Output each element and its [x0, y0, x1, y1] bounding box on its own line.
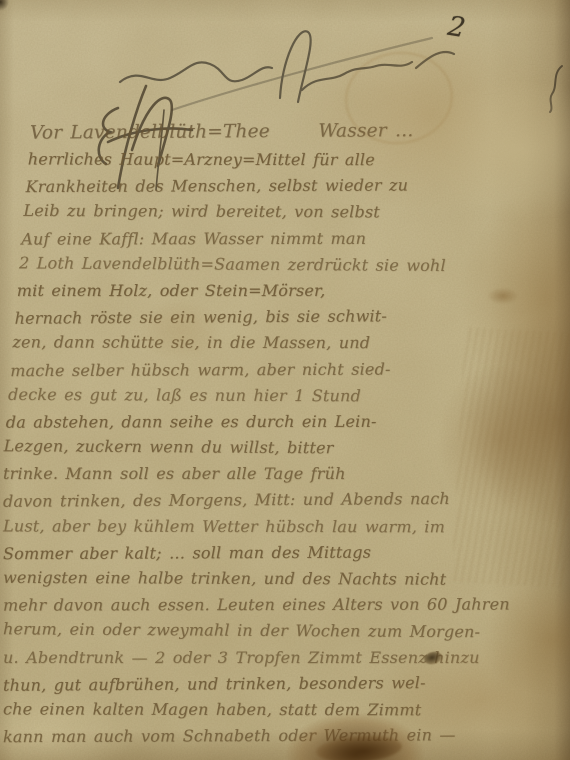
manuscript-line: mache selber hübsch warm, aber nicht sie…	[0, 358, 570, 387]
manuscript-text-block: Vor Lavendelblüth=Thee Wasser …herrliche…	[0, 121, 570, 752]
manuscript-line: hernach röste sie ein wenig, bis sie sch…	[0, 305, 570, 335]
manuscript-line: davon trinken, des Morgens, Mitt: und Ab…	[0, 489, 570, 519]
small-smudge	[488, 288, 518, 304]
right-edge-ink-mark	[544, 62, 568, 114]
manuscript-line: wenigsten eine halbe trinken, und des Na…	[0, 568, 570, 597]
manuscript-line: mehr davon auch essen. Leuten eines Alte…	[0, 595, 570, 622]
manuscript-line: Sommer aber kalt; … soll man des Mittags	[0, 542, 570, 571]
manuscript-line: mit einem Holz, oder Stein=Mörser,	[0, 281, 570, 307]
manuscript-line: u. Abendtrunk — 2 oder 3 Tropfen Zimmt E…	[0, 648, 570, 674]
manuscript-line: Leib zu bringen; wird bereitet, von selb…	[0, 201, 570, 230]
manuscript-heading-line: Vor Lavendelblüth=Thee Wasser …	[0, 119, 570, 152]
manuscript-line: zen, dann schütte sie, in die Massen, un…	[0, 333, 570, 360]
manuscript-line: da abstehen, dann seihe es durch ein Lei…	[0, 411, 570, 438]
manuscript-line: Krankheiten des Menschen, selbst wieder …	[0, 175, 570, 204]
manuscript-line: trinke. Mann soll es aber alle Tage früh	[0, 464, 570, 490]
manuscript-line: kann man auch vom Schnabeth oder Wermuth…	[0, 725, 570, 754]
manuscript-line: Lust, aber bey kühlem Wetter hübsch lau …	[0, 516, 570, 543]
manuscript-line: Lezgen, zuckern wenn du willst, bitter	[0, 436, 570, 466]
manuscript-line: che einen kalten Magen haben, statt dem …	[0, 699, 570, 726]
page-number-scribble: 2	[446, 11, 468, 44]
manuscript-line: Auf eine Kaffl: Maas Wasser nimmt man	[0, 228, 570, 255]
manuscript-line: herum, ein oder zweymahl in der Wochen z…	[0, 620, 570, 650]
manuscript-page: 2 Vor Lavendelblüth=Thee Wasser …herrlic…	[0, 0, 570, 760]
manuscript-line: decke es gut zu, laß es nun hier 1 Stund	[0, 384, 570, 413]
manuscript-line: 2 Loth Lavendelblüth=Saamen zerdrückt si…	[0, 253, 570, 283]
manuscript-line: thun, gut aufbrühen, und trinken, besond…	[0, 672, 570, 702]
manuscript-line: herrliches Haupt=Arzney=Mittel für alle	[0, 149, 570, 176]
